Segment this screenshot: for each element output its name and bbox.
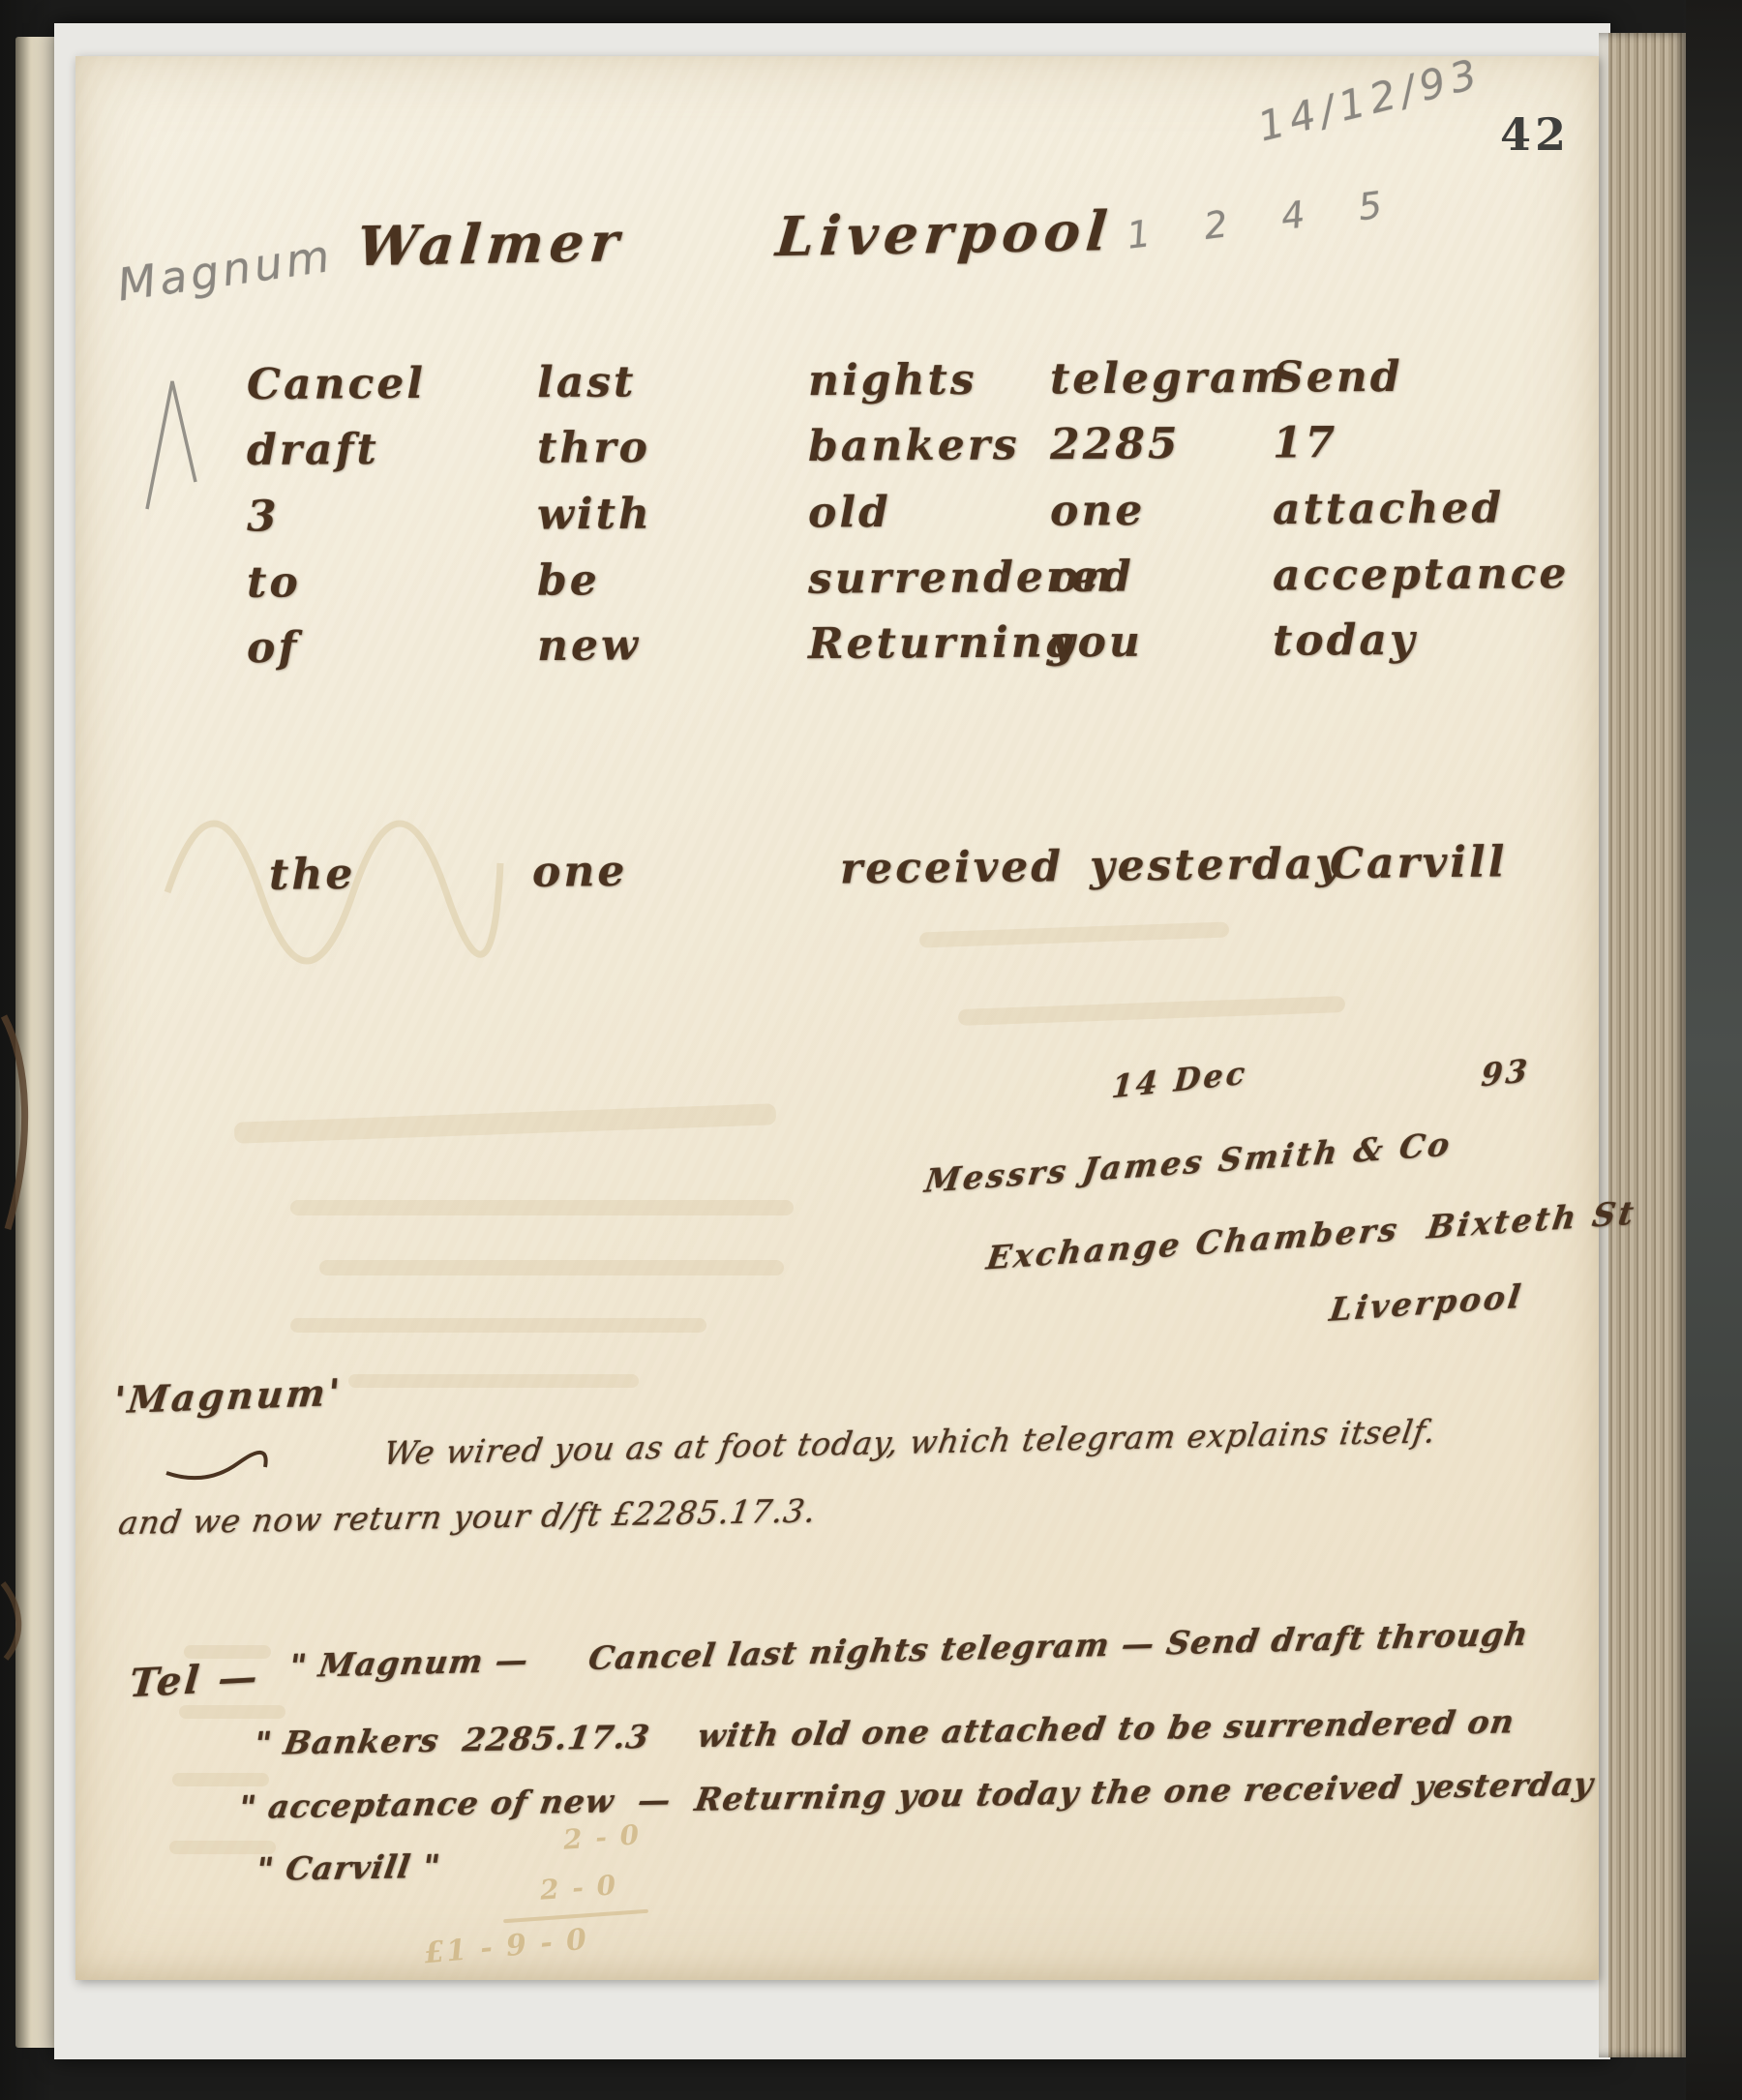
ink-stroke-left-edge2-icon <box>0 1577 39 1665</box>
telegram-word: 17 <box>1273 418 1338 467</box>
bleed-through-mark <box>179 1705 285 1719</box>
telegram-word: with <box>537 488 808 539</box>
telegram-word: nights <box>808 354 1050 405</box>
telegram-word: old <box>808 487 1050 538</box>
bleed-through-mark <box>319 1260 784 1275</box>
tel-copy-line: " Carvill " <box>254 1847 443 1888</box>
telegram-word: on <box>1050 551 1273 602</box>
telegram-word: draft <box>247 424 537 475</box>
telegram-word: the <box>269 848 533 900</box>
telegram-row: Cancel last nights telegram Send <box>247 352 1403 409</box>
page-number: 42 <box>1500 108 1570 161</box>
background-right <box>1686 0 1742 2100</box>
manuscript-page <box>75 56 1599 1980</box>
bleed-through-mark <box>172 1773 269 1786</box>
telegram-word: one <box>1050 485 1273 536</box>
telegram-word: 3 <box>247 490 537 541</box>
ink-stroke-left-edge-icon <box>0 1006 50 1239</box>
telegram-word: to <box>247 556 537 608</box>
telegram-word: Returning <box>808 617 1050 669</box>
telegram-word: you <box>1050 616 1273 668</box>
telegram-word: today <box>1273 615 1418 666</box>
telegram-word: yesterday <box>1090 839 1331 891</box>
telegram-word: surrendered <box>808 553 1050 604</box>
book-fore-edge <box>1599 33 1686 2057</box>
telegram-word: new <box>537 619 808 671</box>
tel-prefix: Tel — <box>128 1654 262 1706</box>
telegram-word: telegram <box>1050 353 1273 405</box>
telegram-origin: Walmer <box>354 210 627 279</box>
telegram-row: 3 with old one attached <box>247 483 1505 541</box>
telegram-word: Carvill <box>1330 837 1508 888</box>
letter-year: 93 <box>1480 1052 1531 1095</box>
pencil-caret-mark-icon <box>143 374 201 519</box>
telegram-word: received <box>840 842 1091 894</box>
telegram-word: Cancel <box>247 358 537 409</box>
telegram-word: bankers <box>808 420 1050 471</box>
telegram-row: of new Returning you today <box>247 615 1418 673</box>
ghost-sum: 2 - 0 <box>539 1869 618 1906</box>
telegram-word: be <box>537 555 808 606</box>
telegram-word: thro <box>537 422 808 473</box>
letter-salutation: 'Magnum' <box>111 1370 345 1422</box>
telegram-word: of <box>247 621 537 673</box>
ghost-sum: 2 - 0 <box>562 1818 642 1856</box>
telegram-destination: Liverpool <box>773 199 1115 269</box>
manuscript-scan: 14/12/93 1 2 4 5 42 Magnum Walmer Liverp… <box>0 0 1742 2100</box>
bleed-through-mark <box>348 1374 639 1388</box>
telegram-word: acceptance <box>1273 549 1570 600</box>
telegram-word: last <box>537 356 808 407</box>
bleed-through-mark <box>290 1318 706 1333</box>
bleed-through-mark <box>290 1200 794 1215</box>
telegram-word: one <box>532 845 841 897</box>
telegram-row: to be surrendered on acceptance <box>247 549 1570 608</box>
salutation-flourish-icon <box>163 1454 269 1483</box>
telegram-row: draft thro bankers 2285 17 <box>247 418 1338 475</box>
telegram-word: attached <box>1273 483 1505 534</box>
telegram-word: Send <box>1273 352 1403 403</box>
telegram-word: 2285 <box>1050 419 1273 470</box>
